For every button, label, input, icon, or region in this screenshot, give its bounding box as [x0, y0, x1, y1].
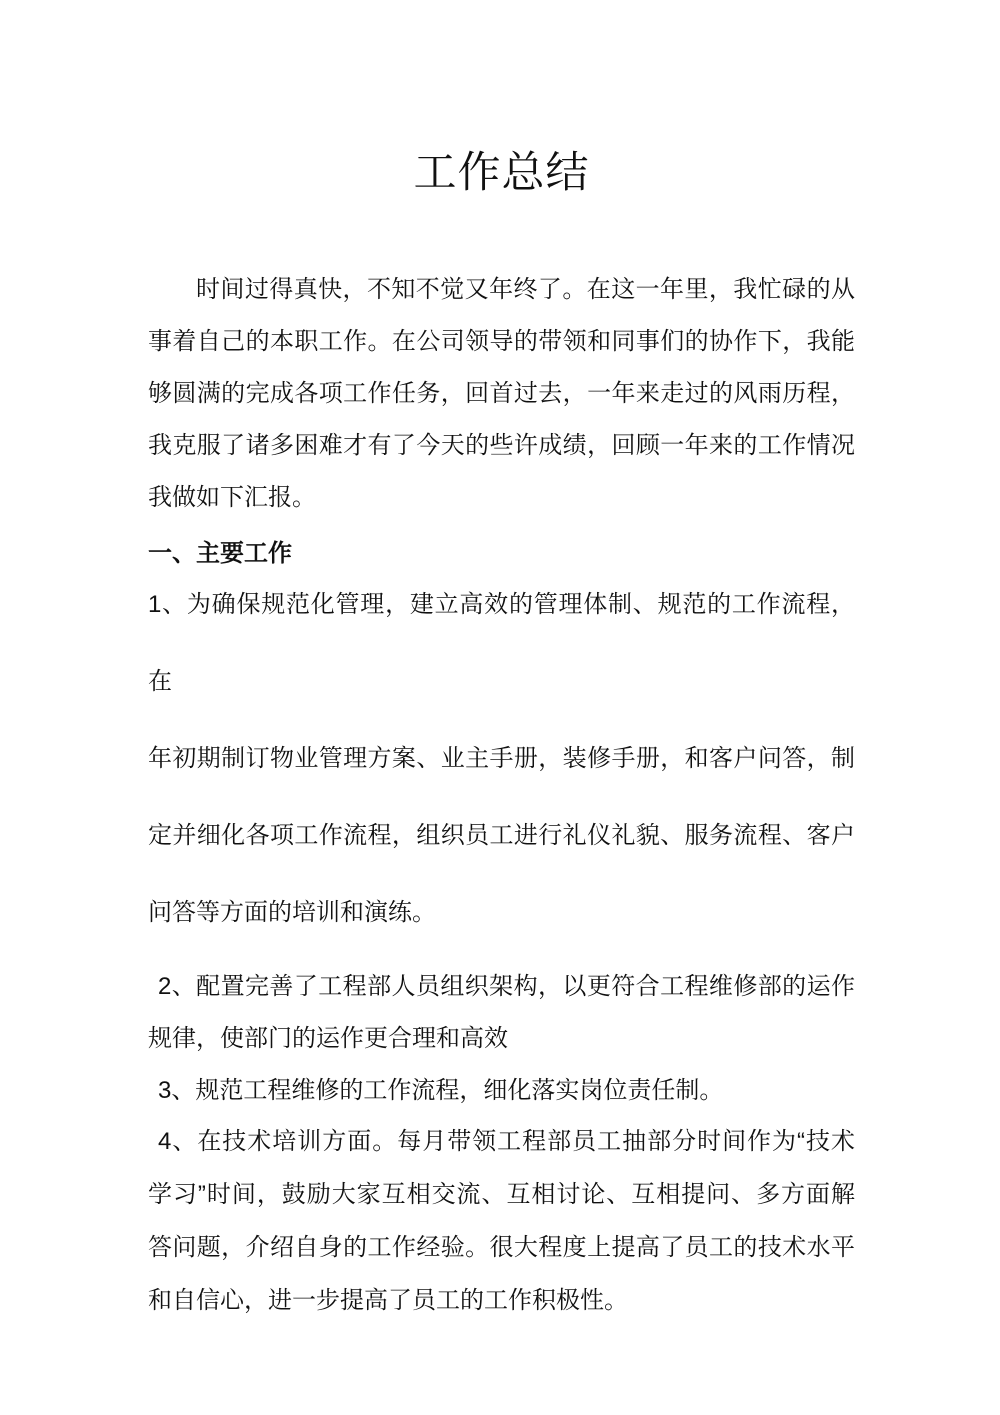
- text-line: 定并细化各项工作流程，组织员工进行礼仪礼貌、服务流程、客户: [148, 797, 855, 874]
- text-line: 时间过得真快，不知不觉又年终了。在这一年里，我忙碌的从: [148, 264, 855, 316]
- text-line: 我做如下汇报。: [148, 472, 855, 524]
- list-item-2: 2、配置完善了工程部人员组织架构，以更符合工程维修部的运作 规律，使部门的运作更…: [148, 961, 855, 1065]
- text-line: 学习”时间，鼓励大家互相交流、互相讨论、互相提问、多方面解: [148, 1168, 855, 1221]
- text-line: 4、在技术培训方面。每月带领工程部员工抽部分时间作为“技术: [148, 1115, 855, 1168]
- text-line: 答问题，介绍自身的工作经验。很大程度上提高了员工的技术水平: [148, 1221, 855, 1274]
- text-line: 2、配置完善了工程部人员组织架构，以更符合工程维修部的运作: [148, 961, 855, 1013]
- text-line: 规律，使部门的运作更合理和高效: [148, 1013, 855, 1065]
- document-title: 工作总结: [148, 143, 855, 203]
- document-page: 工作总结 时间过得真快，不知不觉又年终了。在这一年里，我忙碌的从 事着自己的本职…: [0, 0, 1000, 1415]
- document-content: 工作总结 时间过得真快，不知不觉又年终了。在这一年里，我忙碌的从 事着自己的本职…: [0, 0, 1000, 1327]
- intro-paragraph: 时间过得真快，不知不觉又年终了。在这一年里，我忙碌的从 事着自己的本职工作。在公…: [148, 264, 855, 524]
- text-line: 3、规范工程维修的工作流程，细化落实岗位责任制。: [148, 1065, 855, 1117]
- text-line: 年初期制订物业管理方案、业主手册，装修手册，和客户问答，制: [148, 720, 855, 797]
- list-item-1: 1、为确保规范化管理，建立高效的管理体制、规范的工作流程，在 年初期制订物业管理…: [148, 566, 855, 951]
- text-line: 我克服了诸多困难才有了今天的些许成绩，回顾一年来的工作情况: [148, 420, 855, 472]
- text-line: 和自信心，进一步提高了员工的工作积极性。: [148, 1274, 855, 1327]
- text-line: 够圆满的完成各项工作任务，回首过去，一年来走过的风雨历程，: [148, 368, 855, 420]
- text-line: 1、为确保规范化管理，建立高效的管理体制、规范的工作流程，在: [148, 566, 855, 720]
- text-line: 问答等方面的培训和演练。: [148, 874, 855, 951]
- list-item-3: 3、规范工程维修的工作流程，细化落实岗位责任制。: [148, 1065, 855, 1117]
- text-line: 事着自己的本职工作。在公司领导的带领和同事们的协作下，我能: [148, 316, 855, 368]
- list-item-4: 4、在技术培训方面。每月带领工程部员工抽部分时间作为“技术 学习”时间，鼓励大家…: [148, 1115, 855, 1327]
